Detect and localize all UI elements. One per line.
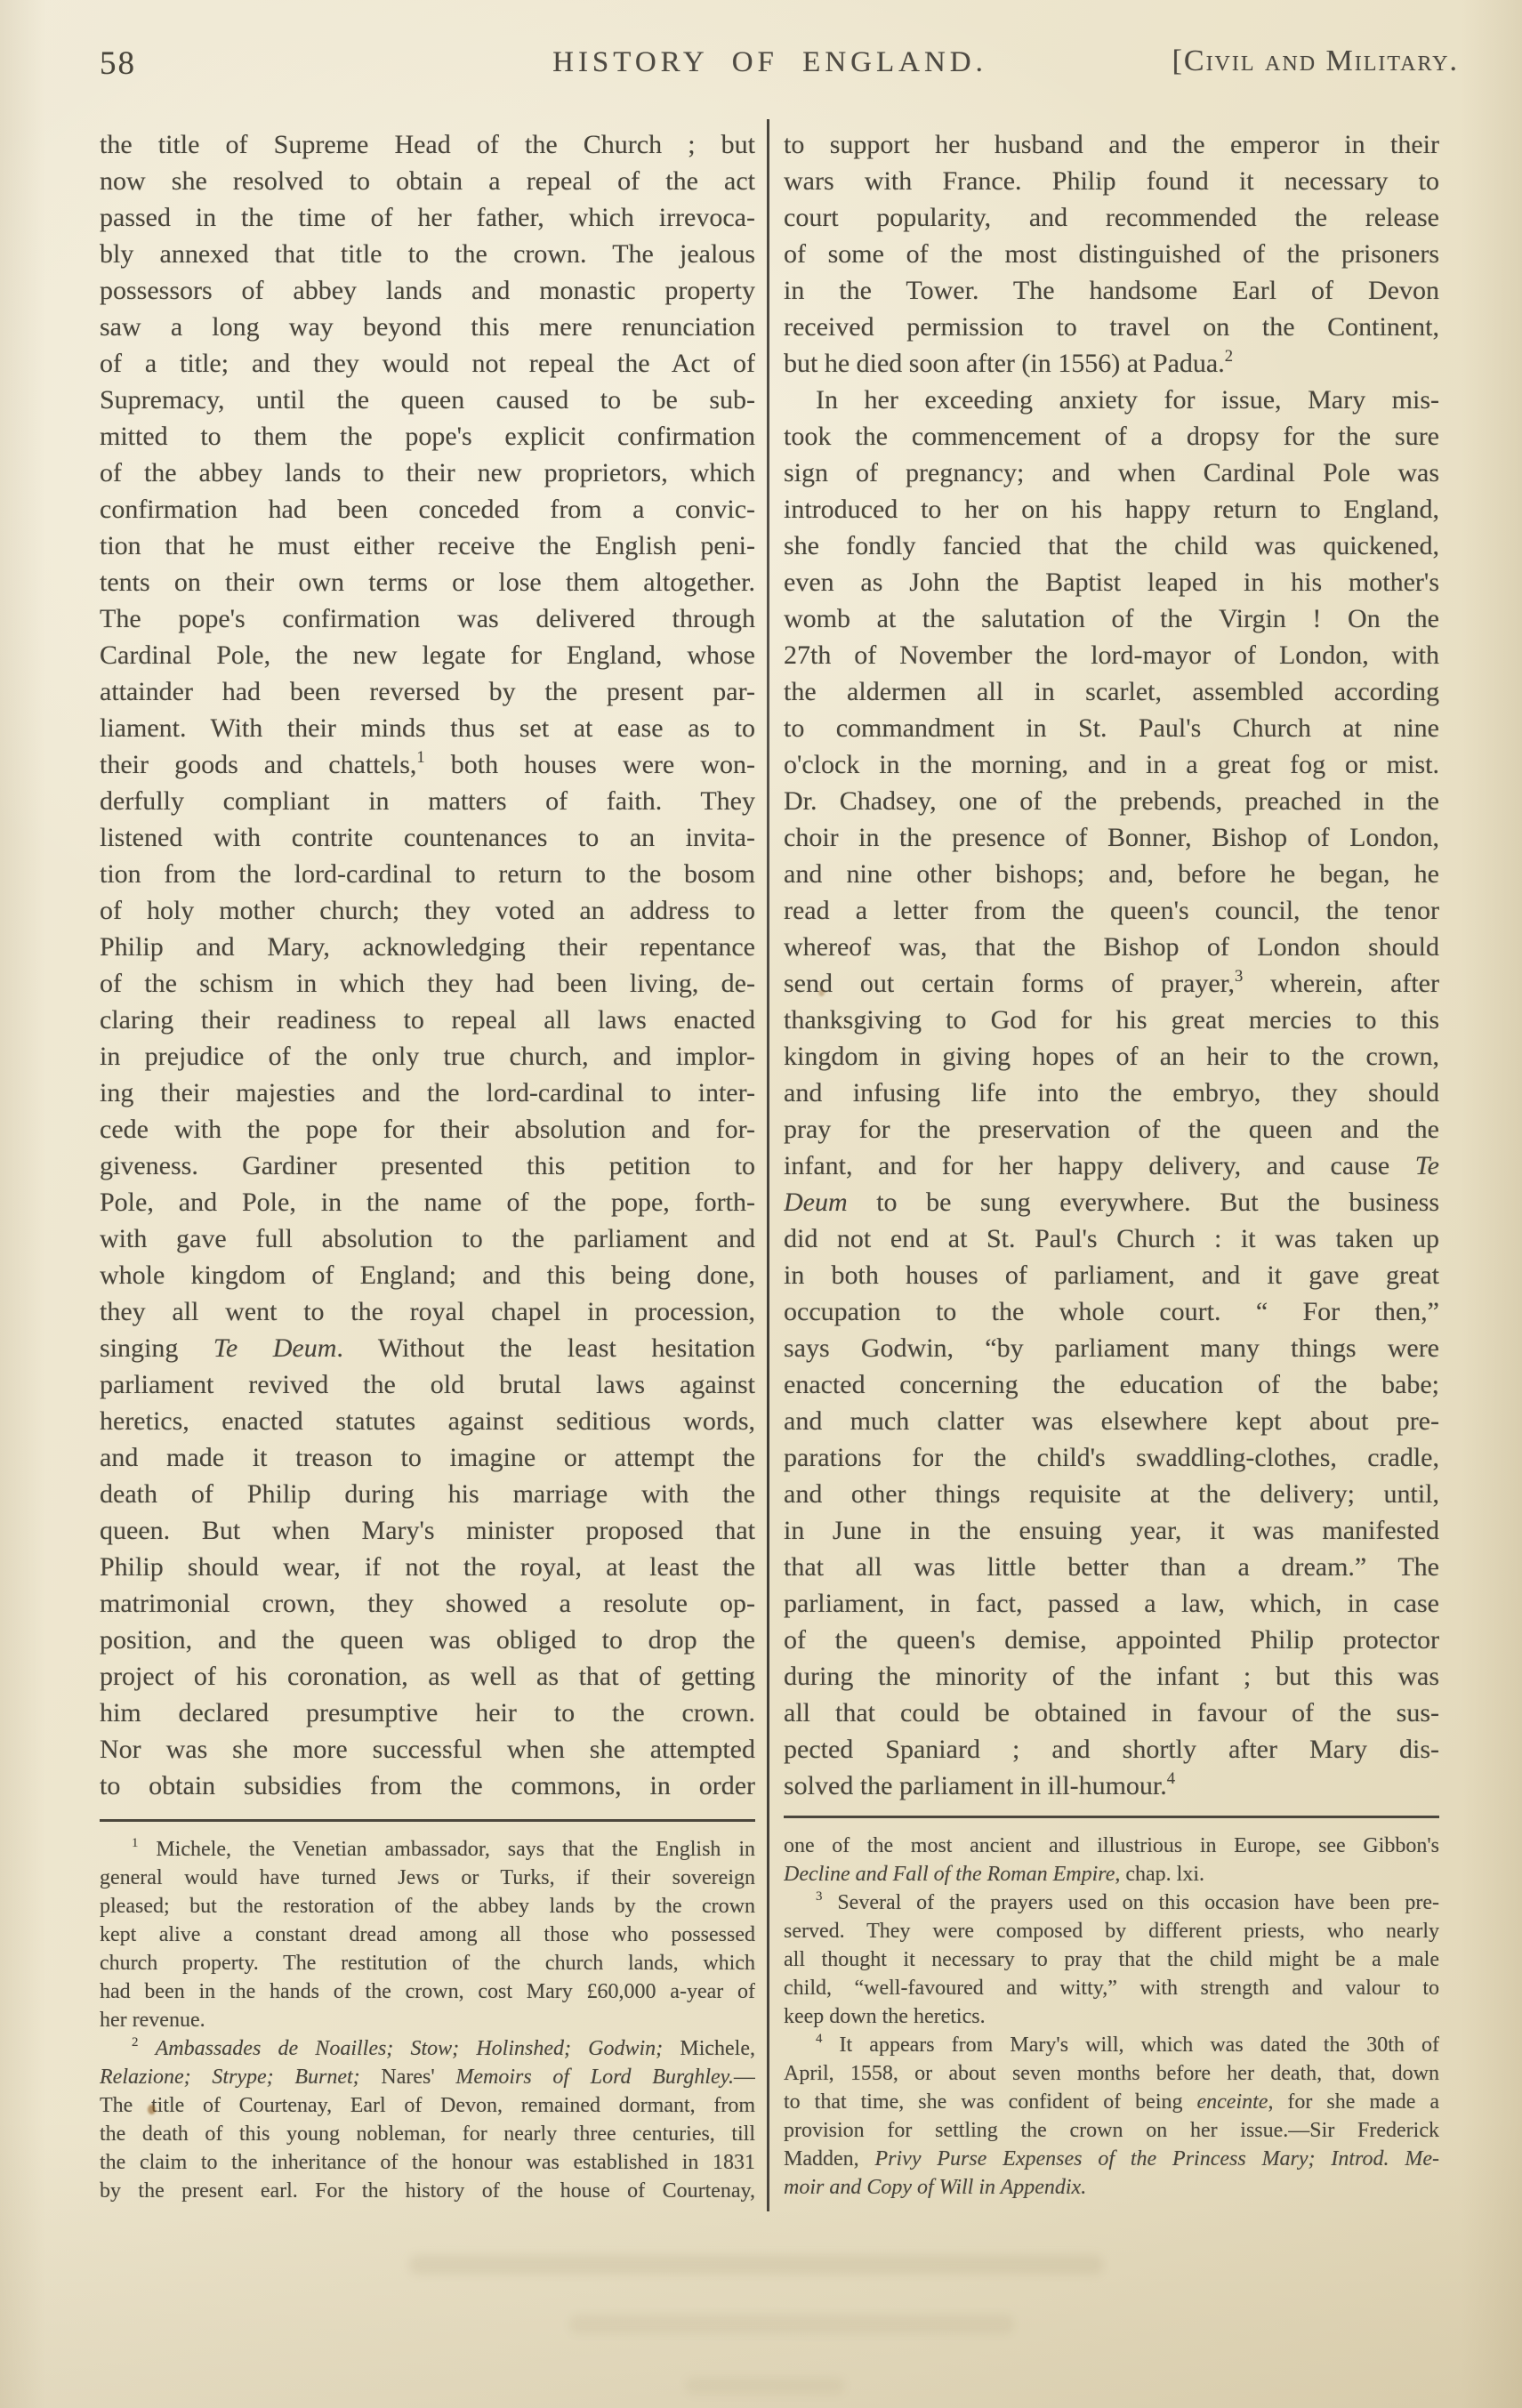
text-line: keep down the heretics.: [784, 2002, 1439, 2031]
text-line: choir in the presence of Bonner, Bishop …: [784, 819, 1439, 856]
text-line: passed in the time of her father, which …: [100, 199, 755, 236]
text-line: Nor was she more successful when she att…: [100, 1731, 755, 1768]
text-line: him declared presumptive heir to the cro…: [100, 1695, 755, 1731]
text-line: read a letter from the queen's council, …: [784, 892, 1439, 929]
text-line: by the present earl. For the history of …: [100, 2177, 755, 2205]
text-line: 2 Ambassades de Noailles; Stow; Holinshe…: [100, 2034, 755, 2063]
text-line: liament. With their minds thus set at ea…: [100, 710, 755, 746]
text-line: The title of Courtenay, Earl of Devon, r…: [100, 2091, 755, 2120]
text-line: and much clatter was elsewhere kept abou…: [784, 1403, 1439, 1439]
text-line: in June in the ensuing year, it was mani…: [784, 1512, 1439, 1549]
text-line: pleased; but the restoration of the abbe…: [100, 1892, 755, 1921]
text-line: possessors of abbey lands and monastic p…: [100, 272, 755, 309]
text-line: whole kingdom of England; and this being…: [100, 1257, 755, 1293]
show-through-smudge: [409, 2255, 1103, 2275]
text-line: matrimonial crown, they showed a resolut…: [100, 1585, 755, 1622]
text-line: parations for the child's swaddling-clot…: [784, 1439, 1439, 1476]
show-through-smudge: [685, 2377, 845, 2395]
running-title: HISTORY OF ENGLAND.: [552, 46, 987, 79]
text-line: now she resolved to obtain a repeal of t…: [100, 163, 755, 199]
text-line: Madden, Privy Purse Expenses of the Prin…: [784, 2145, 1439, 2173]
text-line: they all went to the royal chapel in pro…: [100, 1293, 755, 1330]
book-page: 58 HISTORY OF ENGLAND. [Civil and Milita…: [0, 0, 1522, 2408]
text-line: enacted concerning the education of the …: [784, 1366, 1439, 1403]
text-line: during the minority of the infant ; but …: [784, 1658, 1439, 1695]
text-line: Philip and Mary, acknowledging their rep…: [100, 929, 755, 965]
text-line: Philip should wear, if not the royal, at…: [100, 1549, 755, 1585]
text-line: Pole, and Pole, in the name of the pope,…: [100, 1184, 755, 1220]
text-line: child, “well-favoured and witty,” with s…: [784, 1974, 1439, 2002]
text-line: position, and the queen was obliged to d…: [100, 1622, 755, 1658]
text-line: kept alive a constant dread among all th…: [100, 1921, 755, 1949]
text-line: their goods and chattels,1 both houses w…: [100, 746, 755, 783]
text-line: of holy mother church; they voted an add…: [100, 892, 755, 929]
text-line: 27th of November the lord-mayor of Londo…: [784, 637, 1439, 673]
text-line: wars with France. Philip found it necess…: [784, 163, 1439, 199]
text-line: womb at the salutation of the Virgin ! O…: [784, 600, 1439, 637]
text-line: parliament, in fact, passed a law, which…: [784, 1585, 1439, 1622]
running-section: [Civil and Military.: [1172, 44, 1459, 78]
ink-speck: [148, 2105, 156, 2114]
text-line: listened with contrite countenances to a…: [100, 819, 755, 856]
text-line: 1 Michele, the Venetian ambassador, says…: [100, 1835, 755, 1864]
text-line: but he died soon after (in 1556) at Padu…: [784, 345, 1439, 382]
right-footnote-rule: [784, 1816, 1439, 1818]
text-line: derfully compliant in matters of faith. …: [100, 783, 755, 819]
text-line: to support her husband and the emperor i…: [784, 126, 1439, 163]
text-line: Deum to be sung everywhere. But the busi…: [784, 1184, 1439, 1220]
text-line: provision for settling the crown on her …: [784, 2116, 1439, 2145]
text-line: had been in the hands of the crown, cost…: [100, 1977, 755, 2006]
column-divider-rule: [767, 119, 769, 2211]
text-line: of some of the most distinguished of the…: [784, 236, 1439, 272]
text-line: Supremacy, until the queen caused to be …: [100, 382, 755, 418]
text-line: confirmation had been conceded from a co…: [100, 491, 755, 528]
text-line: tents on their own terms or lose them al…: [100, 564, 755, 600]
text-line: In her exceeding anxiety for issue, Mary…: [784, 382, 1439, 418]
text-line: took the commencement of a dropsy for th…: [784, 418, 1439, 455]
text-line: the aldermen all in scarlet, assembled a…: [784, 673, 1439, 710]
text-line: all that could be obtained in favour of …: [784, 1695, 1439, 1731]
text-line: Dr. Chadsey, one of the prebends, preach…: [784, 783, 1439, 819]
text-line: her revenue.: [100, 2006, 755, 2034]
page-number: 58: [100, 44, 136, 83]
text-line: whereof was, that the Bishop of London s…: [784, 929, 1439, 965]
text-line: of the queen's demise, appointed Philip …: [784, 1622, 1439, 1658]
text-line: that all was little better than a dream.…: [784, 1549, 1439, 1585]
text-line: send out certain forms of prayer,3 where…: [784, 965, 1439, 1002]
text-line: introduced to her on his happy return to…: [784, 491, 1439, 528]
text-line: the title of Supreme Head of the Church …: [100, 126, 755, 163]
text-line: solved the parliament in ill-humour.4: [784, 1768, 1439, 1804]
text-line: of the schism in which they had been liv…: [100, 965, 755, 1002]
text-line: ing their majesties and the lord-cardina…: [100, 1075, 755, 1111]
text-line: Cardinal Pole, the new legate for Englan…: [100, 637, 755, 673]
text-line: heretics, enacted statutes against sedit…: [100, 1403, 755, 1439]
right-column-footnotes: one of the most ancient and illustrious …: [784, 1832, 1439, 2202]
text-line: tion from the lord-cardinal to return to…: [100, 856, 755, 892]
text-line: claring their readiness to repeal all la…: [100, 1002, 755, 1038]
ink-speck: [818, 989, 825, 996]
text-line: and other things requisite at the delive…: [784, 1476, 1439, 1512]
text-line: 3 Several of the prayers used on this oc…: [784, 1889, 1439, 1917]
text-line: to commandment in St. Paul's Church at n…: [784, 710, 1439, 746]
text-line: of the abbey lands to their new propriet…: [100, 455, 755, 491]
text-line: served. They were composed by different …: [784, 1917, 1439, 1945]
text-line: says Godwin, “by parliament many things …: [784, 1330, 1439, 1366]
right-column-text: to support her husband and the emperor i…: [784, 126, 1439, 1804]
text-line: death of Philip during his marriage with…: [100, 1476, 755, 1512]
text-line: in both houses of parliament, and it gav…: [784, 1257, 1439, 1293]
text-line: thanksgiving to God for his great mercie…: [784, 1002, 1439, 1038]
text-line: and infusing life into the embryo, they …: [784, 1075, 1439, 1111]
left-footnote-rule: [100, 1819, 755, 1822]
text-line: church property. The restitution of the …: [100, 1949, 755, 1977]
text-line: Relazione; Strype; Burnet; Nares' Memoir…: [100, 2063, 755, 2091]
text-line: singing Te Deum. Without the least hesit…: [100, 1330, 755, 1366]
text-line: and nine other bishops; and, before he b…: [784, 856, 1439, 892]
text-line: sign of pregnancy; and when Cardinal Pol…: [784, 455, 1439, 491]
text-line: giveness. Gardiner presented this petiti…: [100, 1148, 755, 1184]
text-line: of a title; and they would not repeal th…: [100, 345, 755, 382]
text-line: 4 It appears from Mary's will, which was…: [784, 2031, 1439, 2059]
text-line: The pope's confirmation was delivered th…: [100, 600, 755, 637]
text-line: April, 1558, or about seven months befor…: [784, 2059, 1439, 2088]
text-line: kingdom in giving hopes of an heir to th…: [784, 1038, 1439, 1075]
text-line: moir and Copy of Will in Appendix.: [784, 2173, 1439, 2202]
text-line: in prejudice of the only true church, an…: [100, 1038, 755, 1075]
left-column-footnotes: 1 Michele, the Venetian ambassador, says…: [100, 1835, 755, 2205]
text-line: saw a long way beyond this mere renuncia…: [100, 309, 755, 345]
text-line: the claim to the inheritance of the hono…: [100, 2148, 755, 2177]
text-line: cede with the pope for their absolution …: [100, 1111, 755, 1148]
left-column-text: the title of Supreme Head of the Church …: [100, 126, 755, 1804]
text-line: project of his coronation, as well as th…: [100, 1658, 755, 1695]
text-line: all thought it necessary to pray that th…: [784, 1945, 1439, 1974]
text-line: court popularity, and recommended the re…: [784, 199, 1439, 236]
text-line: general would have turned Jews or Turks,…: [100, 1864, 755, 1892]
text-line: did not end at St. Paul's Church : it wa…: [784, 1220, 1439, 1257]
text-line: Decline and Fall of the Roman Empire, ch…: [784, 1860, 1439, 1889]
text-line: parliament revived the old brutal laws a…: [100, 1366, 755, 1403]
text-line: with gave full absolution to the parliam…: [100, 1220, 755, 1257]
show-through-smudge: [569, 2315, 1014, 2334]
text-line: bly annexed that title to the crown. The…: [100, 236, 755, 272]
text-line: the death of this young nobleman, for ne…: [100, 2120, 755, 2148]
text-line: to that time, she was confident of being…: [784, 2088, 1439, 2116]
text-line: attainder had been reversed by the prese…: [100, 673, 755, 710]
text-line: pected Spaniard ; and shortly after Mary…: [784, 1731, 1439, 1768]
text-line: queen. But when Mary's minister proposed…: [100, 1512, 755, 1549]
text-line: even as John the Baptist leaped in his m…: [784, 564, 1439, 600]
text-line: tion that he must either receive the Eng…: [100, 528, 755, 564]
text-line: in the Tower. The handsome Earl of Devon: [784, 272, 1439, 309]
text-line: received permission to travel on the Con…: [784, 309, 1439, 345]
text-line: pray for the preservation of the queen a…: [784, 1111, 1439, 1148]
text-line: to obtain subsidies from the commons, in…: [100, 1768, 755, 1804]
text-line: occupation to the whole court. “ For the…: [784, 1293, 1439, 1330]
text-line: one of the most ancient and illustrious …: [784, 1832, 1439, 1860]
text-line: and made it treason to imagine or attemp…: [100, 1439, 755, 1476]
text-line: mitted to them the pope's explicit confi…: [100, 418, 755, 455]
text-line: she fondly fancied that the child was qu…: [784, 528, 1439, 564]
text-line: infant, and for her happy delivery, and …: [784, 1148, 1439, 1184]
text-line: o'clock in the morning, and in a great f…: [784, 746, 1439, 783]
